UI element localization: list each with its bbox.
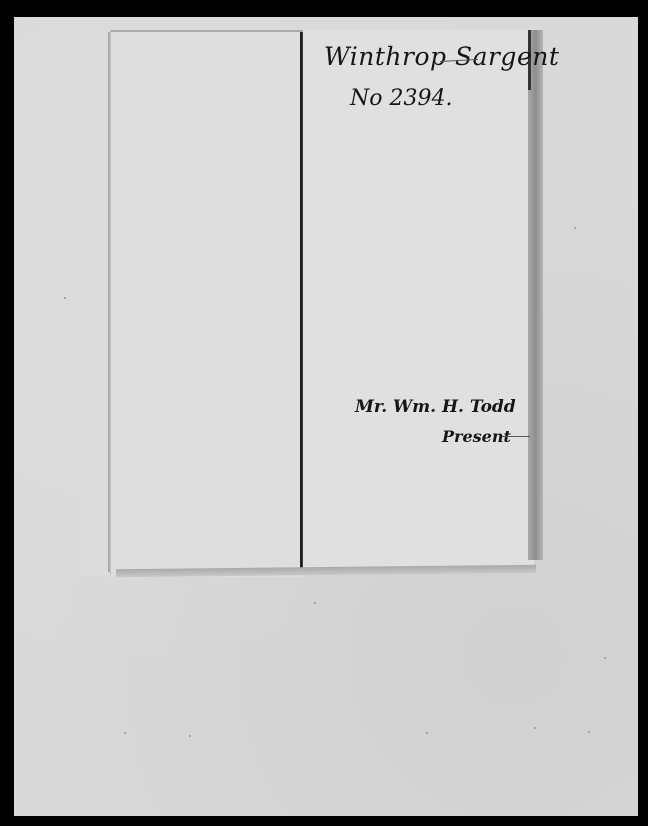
paper-speck — [588, 731, 590, 733]
paper-speck — [604, 657, 606, 659]
paper-speck — [189, 735, 191, 737]
docket-number: No 2394. — [350, 86, 452, 111]
paper-speck — [64, 297, 66, 299]
right-edge-shadow — [528, 30, 543, 560]
paper-speck — [124, 732, 126, 734]
left-flap — [80, 30, 111, 575]
paper-speck — [314, 602, 316, 604]
paper-speck — [574, 227, 576, 229]
addressee: Mr. Wm. H. Todd — [355, 397, 516, 417]
delivery-note: Present — [442, 427, 511, 446]
paper-speck — [426, 732, 428, 734]
present-flourish — [502, 436, 530, 437]
center-fold-line — [300, 32, 303, 572]
left-panel — [111, 32, 302, 577]
docket-name: Winthrop Sargent — [324, 42, 559, 71]
folded-letter — [80, 30, 555, 575]
paper-speck — [534, 727, 536, 729]
